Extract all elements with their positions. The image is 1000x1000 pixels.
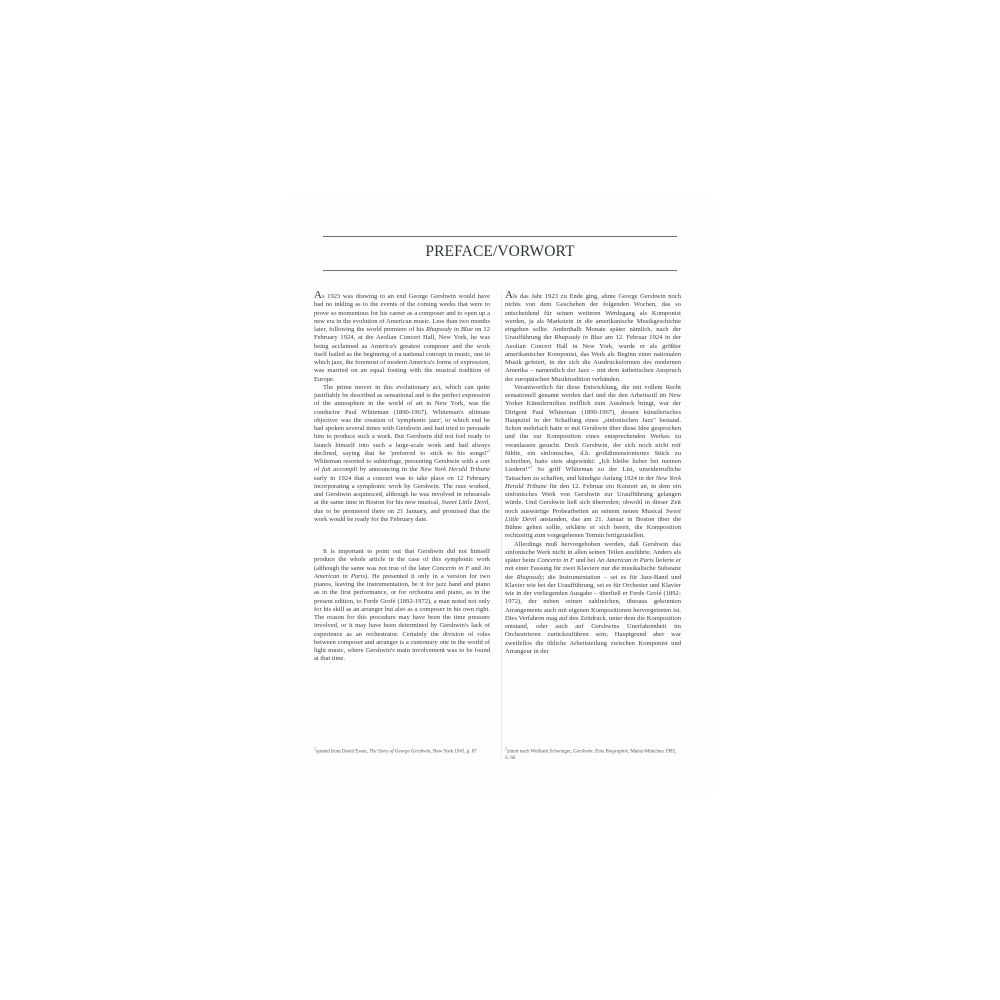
german-column: Als das Jahr 1923 zu Ende ging, ahnte Ge… xyxy=(505,292,681,656)
english-footnote: 1quoted from David Ewen, The Story of Ge… xyxy=(314,749,490,756)
title-rule-top xyxy=(323,236,677,237)
german-paragraph-2: Verantwortlich für diese Entwicklung, di… xyxy=(505,384,681,541)
drop-cap: A xyxy=(505,289,513,301)
german-footnote: 1zitiert nach Wolfram Schwinger, Gershwi… xyxy=(505,749,681,763)
page-title: PREFACE/VORWORT xyxy=(323,243,677,261)
english-column: As 1923 was drawing to an end George Ger… xyxy=(314,292,490,664)
english-paragraph-2: The prime mover in this evolutionary act… xyxy=(314,384,490,524)
title-rule-bottom xyxy=(323,270,677,271)
drop-cap: A xyxy=(314,289,322,301)
footnote-ref: 1 xyxy=(488,448,490,453)
paragraph-gap xyxy=(314,524,490,548)
english-paragraph-1: As 1923 was drawing to an end George Ger… xyxy=(314,292,490,384)
column-separator xyxy=(501,292,502,757)
german-paragraph-1: Als das Jahr 1923 zu Ende ging, ahnte Ge… xyxy=(505,292,681,384)
english-paragraph-3: It is important to point out that Gershw… xyxy=(314,548,490,664)
german-paragraph-3: Allerdings muß hervorgehoben werden, daß… xyxy=(505,541,681,657)
